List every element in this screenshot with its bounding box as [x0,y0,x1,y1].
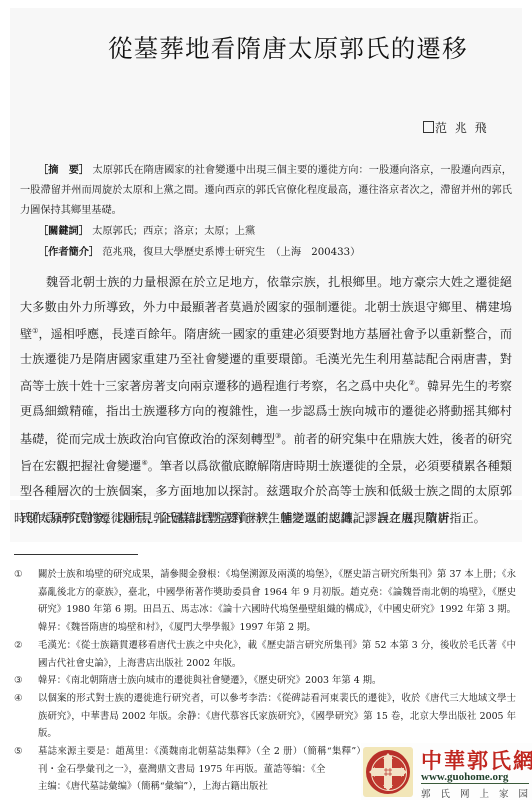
body-text: 魏晉北朝士族的力量根源在於立足地方，依靠宗族，扎根鄉里。地方豪宗大姓之遷徙絕大多… [20,270,512,531]
footnote-text: 韓昇：《南北朝隋唐士族向城市的遷徙與社會變遷》，《歷史研究》2003 年第 4 … [38,672,516,690]
abstract-author-bio: ［作者簡介］ 范兆飛，復旦大學歷史系博士研究生 （上海 200433） [20,242,512,263]
author-bio-label: ［作者簡介］ [38,246,99,258]
abstract-block: ［摘 要］ 太原郭氏在隋唐國家的社會變遷中出現三個主要的遷徙方向：一股遷向洛京，… [20,160,512,263]
author-bio-text: 范兆飛，復旦大學歷史系博士研究生 （上海 200433） [102,247,360,258]
footnote-divider [14,554,138,555]
abstract-keywords: ［關鍵詞］ 太原郭氏；西京；洛京；太原；上黨 [20,221,512,242]
footnote-text: 毛漢光：《從士族籍貫遷移看唐代士族之中央化》，載《歷史語言研究所集刊》第 52 … [38,637,516,672]
guo-emblem-icon [363,747,413,797]
footnote-number: ① [14,566,38,637]
byline-box-icon [423,121,434,133]
footnote-text: 以個案的形式對士族的遷徙進行研究者，可以參考李浩：《從碑誌看河東裴氏的遷徙》，收… [38,690,516,743]
abstract-summary: ［摘 要］ 太原郭氏在隋唐國家的社會變遷中出現三個主要的遷徙方向：一股遷向洛京，… [20,160,512,221]
body-paragraph: 魏晉北朝士族的力量根源在於立足地方，依靠宗族，扎根鄉里。地方豪宗大姓之遷徙絕大多… [20,270,512,531]
footnote-item: ① 關於士族和塢壁的研究成果，請參閱金發根：《塢堡溯源及兩漢的塢堡》，《歷史語言… [14,566,516,637]
footnote-number: ② [14,637,38,672]
footnote-text: 關於士族和塢壁的研究成果，請參閱金發根：《塢堡溯源及兩漢的塢堡》，《歷史語言研究… [38,566,516,637]
summary-label: ［摘 要］ [38,164,89,176]
logo-url[interactable]: www.guohome.org [421,771,529,784]
article-title: 從墓葬地看隋唐太原郭氏的遷移 [108,30,518,65]
logo-subtitle: 郭氏网上家园 [421,786,529,800]
footnote-item: ② 毛漢光：《從士族籍貫遷移看唐代士族之中央化》，載《歷史語言研究所集刊》第 5… [14,637,516,672]
footnote-number: ④ [14,690,38,743]
watermark-logo[interactable]: 中華郭氏網 www.guohome.org 郭氏网上家园 [361,743,532,800]
footnote-number: ⑤ [14,743,38,796]
author-name: 范 兆 飛 [435,121,489,135]
footnote-item: ③ 韓昇：《南北朝隋唐士族向城市的遷徙與社會變遷》，《歷史研究》2003 年第 … [14,672,516,690]
keywords-label: ［關鍵詞］ [38,225,89,237]
author-byline: 范 兆 飛 [423,119,489,136]
summary-text: 太原郭氏在隋唐國家的社會變遷中出現三個主要的遷徙方向：一股遷向洛京，一股遷向西京… [20,165,512,216]
body-continuation: 時期太原郭氏的遷徙圖景，企圖藉此豐富對士族生態變遷的認識。謬誤之處，敬祈指正。 [14,509,514,526]
footnote-number: ③ [14,672,38,690]
keywords-text: 太原郭氏；西京；洛京；太原；上黨 [92,226,255,237]
footnote-item: ④ 以個案的形式對士族的遷徙進行研究者，可以參考李浩：《從碑誌看河東裴氏的遷徙》… [14,690,516,743]
